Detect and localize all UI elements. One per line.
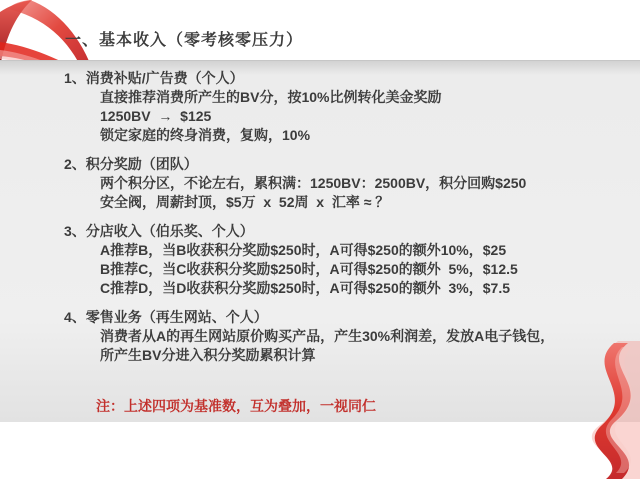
item-header: 1、消费补贴/广告费（个人） — [0, 69, 640, 88]
item-line: 安全阀，周薪封顶，$5万 x 52周 x 汇率 ≈ ？ — [0, 193, 640, 212]
list-item-4: 4、零售业务（再生网站、个人） 消费者从A的再生网站原价购买产品，产生30%利润… — [0, 308, 640, 365]
list-item-1: 1、消费补贴/广告费（个人） 直接推荐消费所产生的BV分，按10%比例转化美金奖… — [0, 69, 640, 145]
list-item-3: 3、分店收入（伯乐奖、个人） A推荐B，当B收获积分奖励$250时，A可得$25… — [0, 222, 640, 298]
slide-title: 一、基本收入（零考核零压力） — [65, 27, 303, 50]
item-line: B推荐C，当C收获积分奖励$250时，A可得$250的额外 5%，$12.5 — [0, 260, 640, 279]
note-text: 注：上述四项为基准数，互为叠加，一视同仁 — [0, 397, 640, 416]
item-line: 锁定家庭的终身消费，复购，10% — [0, 126, 640, 145]
list-item-2: 2、积分奖励（团队） 两个积分区，不论左右，累积满：1250BV：2500BV，… — [0, 155, 640, 212]
content-band: 1、消费补贴/广告费（个人） 直接推荐消费所产生的BV分，按10%比例转化美金奖… — [0, 60, 640, 422]
item-line: C推荐D，当D收获积分奖励$250时，A可得$250的额外 3%，$7.5 — [0, 279, 640, 298]
item-header: 2、积分奖励（团队） — [0, 155, 640, 174]
item-line: 消费者从A的再生网站原价购买产品，产生30%利润差，发放A电子钱包， — [0, 327, 640, 346]
item-header: 4、零售业务（再生网站、个人） — [0, 308, 640, 327]
slide: 一、基本收入（零考核零压力） 1、消费补贴/广告费（个人） 直接推荐消费所产生的… — [0, 0, 640, 479]
item-line: 直接推荐消费所产生的BV分，按10%比例转化美金奖励 — [0, 88, 640, 107]
item-line: 1250BV → $125 — [0, 107, 640, 126]
item-line: A推荐B，当B收获积分奖励$250时，A可得$250的额外10%，$25 — [0, 241, 640, 260]
item-header: 3、分店收入（伯乐奖、个人） — [0, 222, 640, 241]
item-line: 所产生BV分进入积分奖励累积计算 — [0, 346, 640, 365]
item-line: 两个积分区，不论左右，累积满：1250BV：2500BV，积分回购$250 — [0, 174, 640, 193]
